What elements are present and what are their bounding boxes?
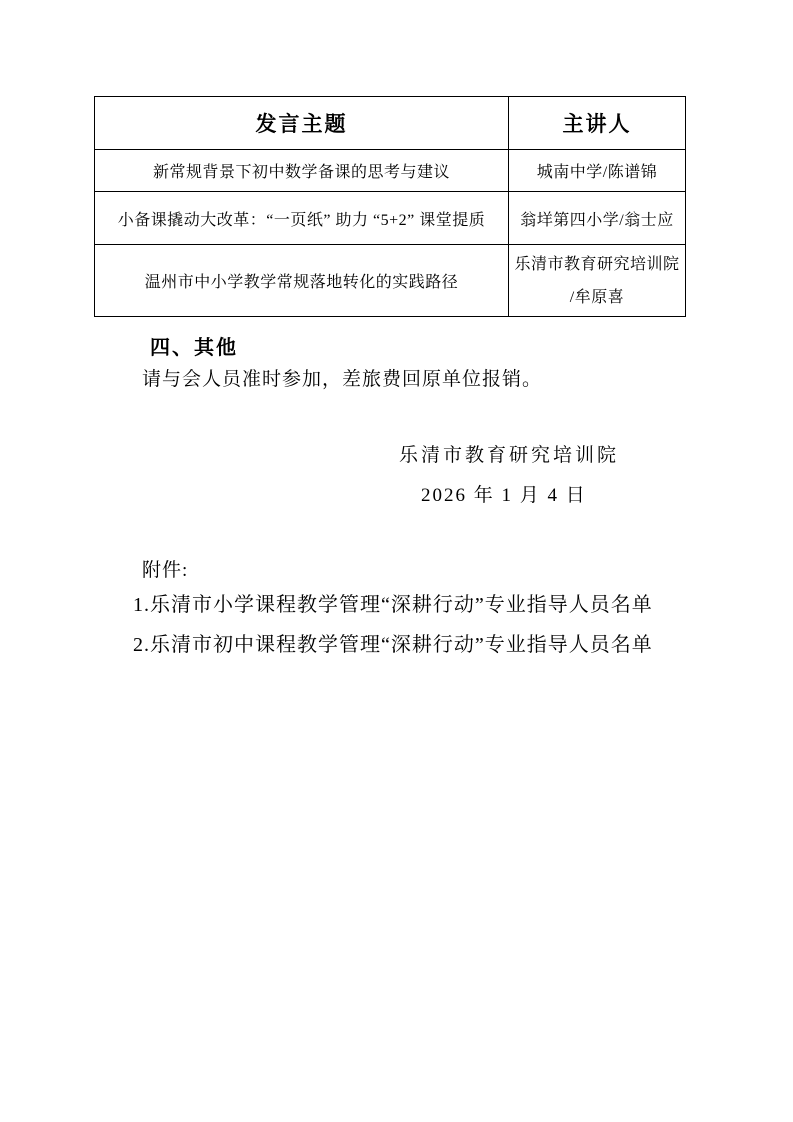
attachment-item: 2.乐清市初中课程教学管理“深耕行动”专业指导人员名单 xyxy=(133,628,653,657)
signature-organization: 乐清市教育研究培训院 xyxy=(399,440,619,467)
column-header-speaker: 主讲人 xyxy=(509,97,686,150)
table-row: 小备课撬动大改革：“一页纸” 助力 “5+2” 课堂提质 翁垟第四小学/翁士应 xyxy=(95,192,686,245)
signature-date: 2026 年 1 月 4 日 xyxy=(421,480,587,507)
topic-cell: 小备课撬动大改革：“一页纸” 助力 “5+2” 课堂提质 xyxy=(95,192,509,245)
table-header-row: 发言主题 主讲人 xyxy=(95,97,686,150)
topic-cell: 新常规背景下初中数学备课的思考与建议 xyxy=(95,150,509,192)
document-page: 发言主题 主讲人 新常规背景下初中数学备课的思考与建议 城南中学/陈谱锦 小备课… xyxy=(0,0,793,1122)
speaker-cell: 城南中学/陈谱锦 xyxy=(509,150,686,192)
attachments-label: 附件: xyxy=(142,555,188,582)
speaker-cell: 乐清市教育研究培训院 /牟原喜 xyxy=(509,245,686,317)
section-heading-other: 四、其他 xyxy=(150,331,238,360)
topic-cell: 温州市中小学教学常规落地转化的实践路径 xyxy=(95,245,509,317)
notice-text: 请与会人员准时参加，差旅费回原单位报销。 xyxy=(142,364,542,391)
attachment-item: 1.乐清市小学课程教学管理“深耕行动”专业指导人员名单 xyxy=(133,588,653,617)
speech-schedule-table: 发言主题 主讲人 新常规背景下初中数学备课的思考与建议 城南中学/陈谱锦 小备课… xyxy=(94,96,686,317)
table-row: 温州市中小学教学常规落地转化的实践路径 乐清市教育研究培训院 /牟原喜 xyxy=(95,245,686,317)
table-row: 新常规背景下初中数学备课的思考与建议 城南中学/陈谱锦 xyxy=(95,150,686,192)
column-header-topic: 发言主题 xyxy=(95,97,509,150)
speaker-cell: 翁垟第四小学/翁士应 xyxy=(509,192,686,245)
